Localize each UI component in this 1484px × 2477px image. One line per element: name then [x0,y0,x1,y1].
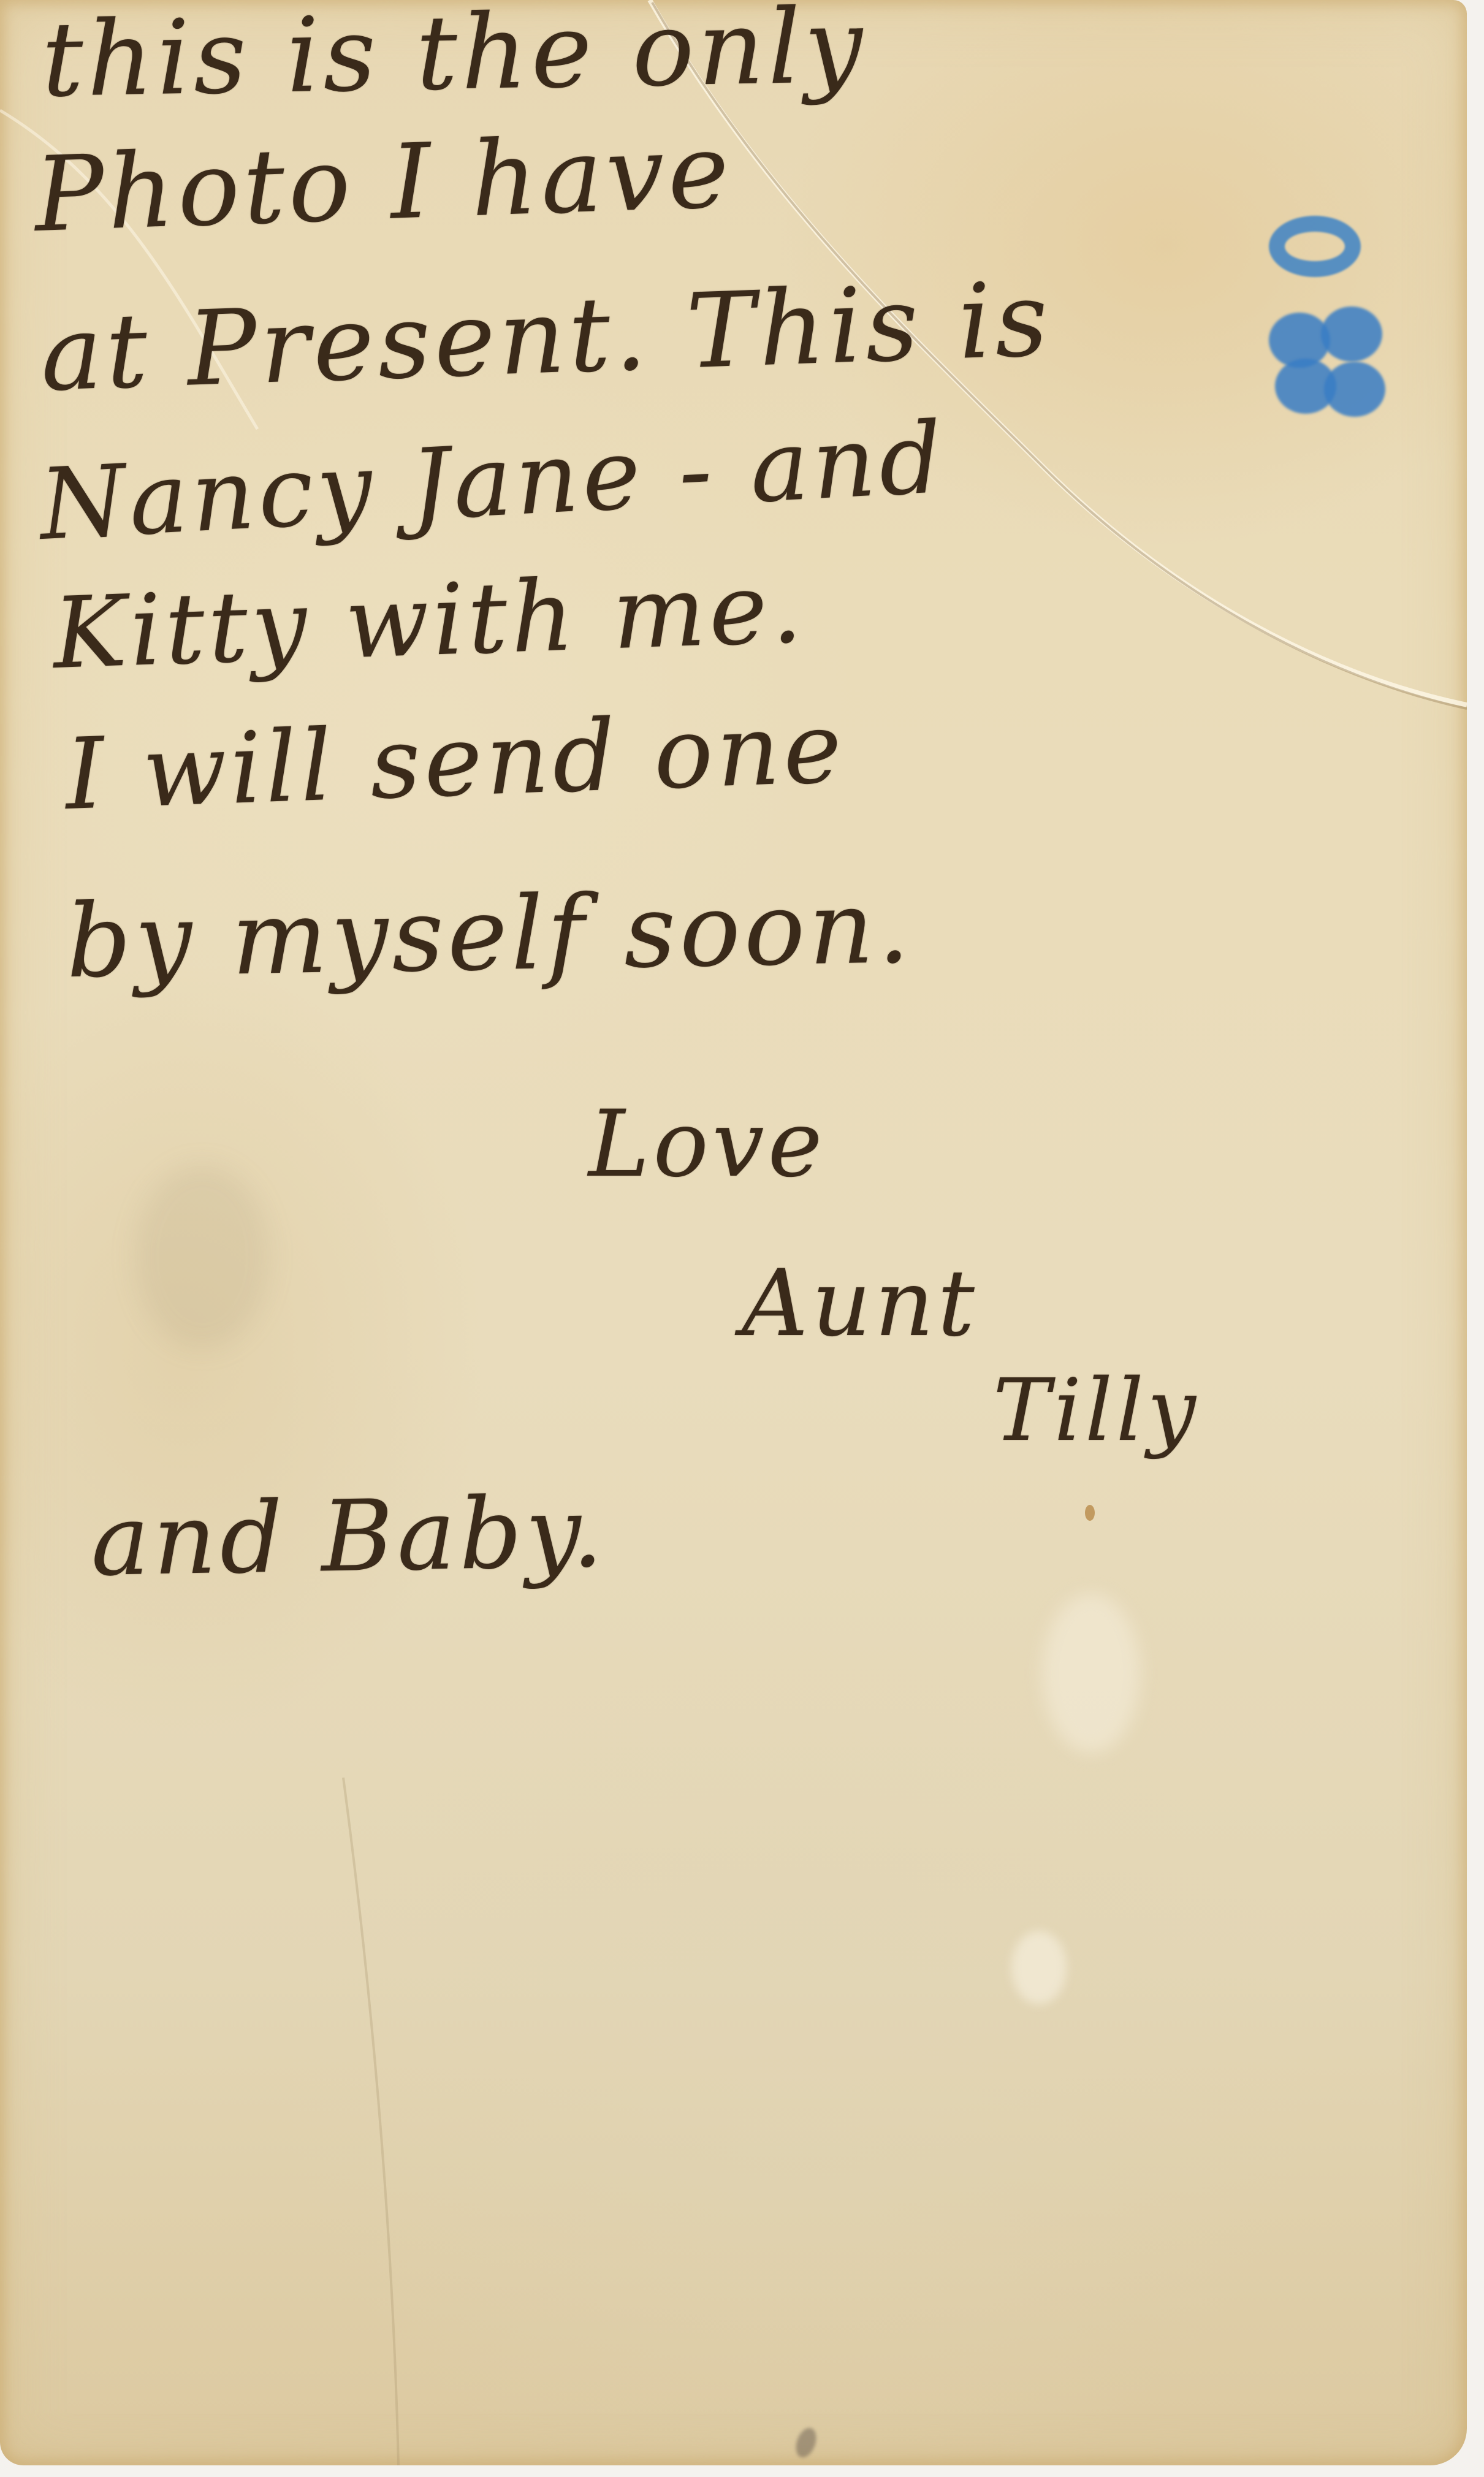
blue-mark-eight [1263,313,1385,417]
foxing-stain [135,1165,270,1349]
ink-spot [1085,1505,1095,1521]
closing-love: Love [588,1091,826,1198]
note-line-4: Nancy Jane - and [37,400,948,562]
scuff-mark [1042,1594,1140,1753]
photo-card-back: this is the only Photo I have at Present… [0,0,1467,2465]
note-line-7: by myself soon. [66,868,915,1000]
blue-crayon-number-mark [1244,208,1379,417]
note-line-2: Photo I have [32,110,734,255]
signature-aunt: Aunt [742,1250,978,1357]
pencil-mark [792,2425,820,2460]
blue-mark-zero [1269,216,1361,277]
note-line-1: this is the only [41,0,867,120]
note-line-3: at Present. This is [39,259,1053,414]
note-line-6: I will send one [63,690,847,832]
signature-and-baby: and Baby. [90,1474,607,1598]
scuff-mark [1011,1931,1067,2004]
signature-name: Tilly [993,1361,1200,1461]
note-line-5: Kitty with me. [51,550,807,691]
